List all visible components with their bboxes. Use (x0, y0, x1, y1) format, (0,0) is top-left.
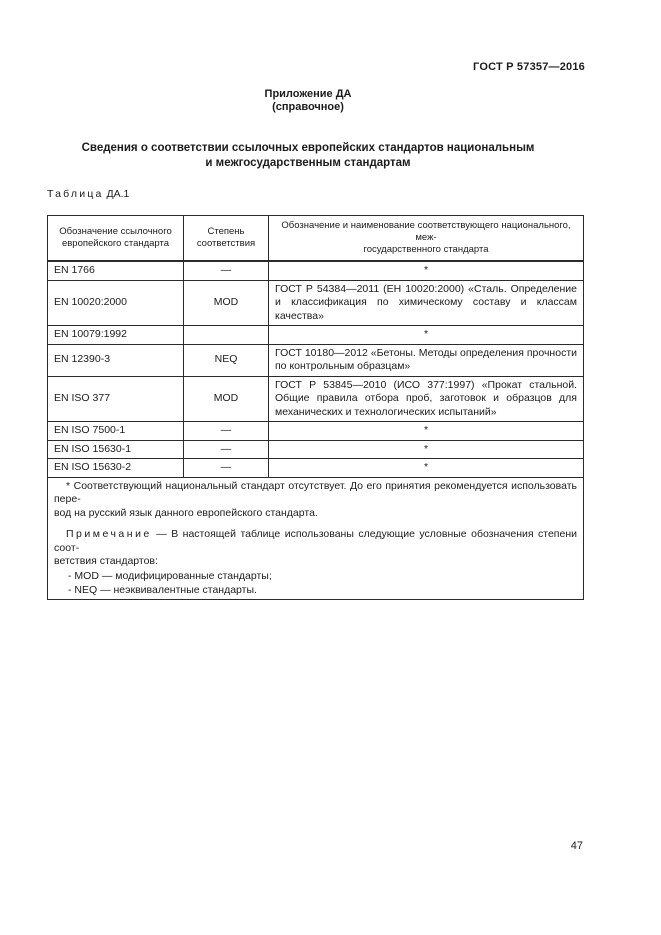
cell-standard: EN ISO 15630-2 (48, 459, 184, 478)
table-notes-row: * Соответствующий национальный стандарт … (48, 477, 584, 599)
cell-degree: NEQ (184, 344, 269, 376)
cell-match: * (269, 459, 584, 478)
section-title-line2: и межгосударственным стандартам (47, 156, 569, 171)
cell-standard: EN ISO 7500-1 (48, 422, 184, 441)
cell-standard: EN 10079:1992 (48, 326, 184, 345)
table-row: EN 10079:1992 * (48, 326, 584, 345)
cell-degree: — (184, 261, 269, 280)
note-item-neq: - NEQ — неэквивалентные стандарты. (54, 583, 577, 597)
page-number: 47 (571, 840, 583, 852)
cell-standard: EN 12390-3 (48, 344, 184, 376)
cell-standard: EN ISO 15630-1 (48, 440, 184, 459)
header-match: Обозначение и наименование соответствующ… (269, 216, 584, 262)
document-page: ГОСТ Р 57357—2016 Приложение ДА (справоч… (0, 0, 661, 935)
header-degree: Степень соответствия (184, 216, 269, 262)
appendix-type: (справочное) (47, 101, 569, 114)
cell-degree: — (184, 440, 269, 459)
table-label: Таблица ДА.1 (47, 188, 129, 200)
cell-match: ГОСТ Р 53845—2010 (ИСО 377:1997) «Прокат… (269, 376, 584, 422)
cell-match: * (269, 422, 584, 441)
appendix-title: Приложение ДА (47, 88, 569, 101)
cell-degree: MOD (184, 376, 269, 422)
table-row: EN ISO 15630-1 — * (48, 440, 584, 459)
cell-standard: EN 10020:2000 (48, 280, 184, 326)
section-title-line1: Сведения о соответствии ссылочных европе… (47, 141, 569, 156)
table-header-row: Обозначение ссылочного европейского стан… (48, 216, 584, 262)
cell-match: ГОСТ 10180—2012 «Бетоны. Методы определе… (269, 344, 584, 376)
note-item-mod: - MOD — модифицированные стандарты; (54, 569, 577, 583)
cell-standard: EN 1766 (48, 261, 184, 280)
standards-table: Обозначение ссылочного европейского стан… (47, 215, 584, 600)
cell-match: * (269, 440, 584, 459)
cell-standard: EN ISO 377 (48, 376, 184, 422)
table-notes-cell: * Соответствующий национальный стандарт … (48, 477, 584, 599)
note-label: Примечание (66, 528, 152, 540)
section-title: Сведения о соответствии ссылочных европе… (47, 141, 569, 170)
appendix-heading: Приложение ДА (справочное) (47, 88, 569, 114)
table-row: EN ISO 15630-2 — * (48, 459, 584, 478)
table-note: Примечание — В настоящей таблице использ… (54, 528, 577, 569)
cell-degree: — (184, 422, 269, 441)
table-row: EN 1766 — * (48, 261, 584, 280)
cell-match: * (269, 261, 584, 280)
cell-degree: MOD (184, 280, 269, 326)
table-label-word: Таблица (47, 188, 104, 200)
table-row: EN 12390-3 NEQ ГОСТ 10180—2012 «Бетоны. … (48, 344, 584, 376)
cell-degree (184, 326, 269, 345)
cell-degree: — (184, 459, 269, 478)
table-row: EN ISO 7500-1 — * (48, 422, 584, 441)
cell-match: * (269, 326, 584, 345)
table-footnote: * Соответствующий национальный стандарт … (54, 480, 577, 521)
table-label-number: ДА.1 (107, 188, 130, 200)
table-row: EN ISO 377 MOD ГОСТ Р 53845—2010 (ИСО 37… (48, 376, 584, 422)
header-standard: Обозначение ссылочного европейского стан… (48, 216, 184, 262)
document-code: ГОСТ Р 57357—2016 (473, 61, 585, 73)
table-row: EN 10020:2000 MOD ГОСТ Р 54384—2011 (ЕН … (48, 280, 584, 326)
cell-match: ГОСТ Р 54384—2011 (ЕН 10020:2000) «Сталь… (269, 280, 584, 326)
